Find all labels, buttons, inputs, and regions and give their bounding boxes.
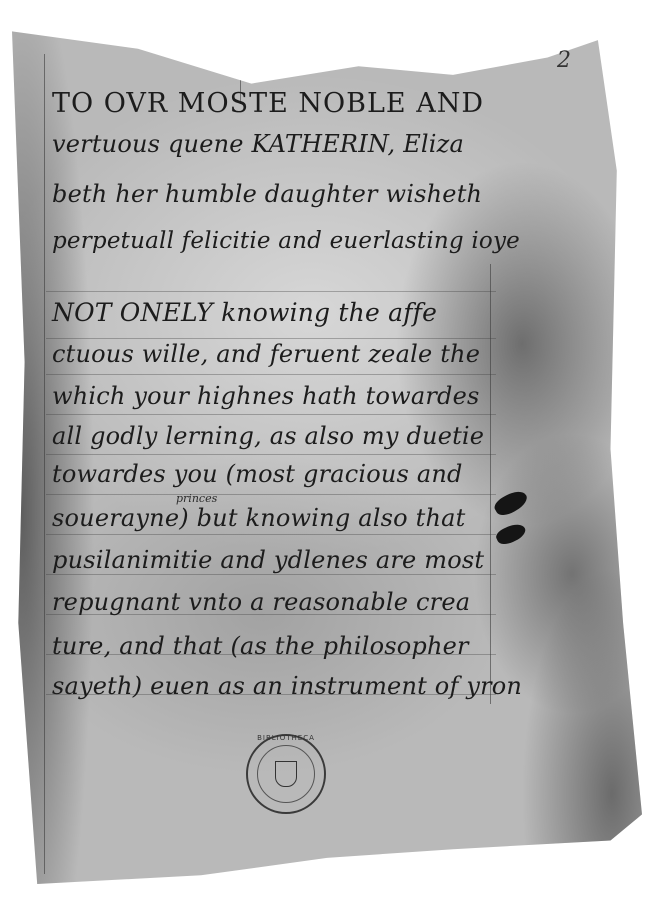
body-line: souerayne) but knowing also that <box>52 504 465 532</box>
heading-line: beth her humble daughter wisheth <box>52 180 482 208</box>
body-line: ture, and that (as the philosopher <box>52 632 469 660</box>
body-line: pusilanimitie and ydlenes are most <box>52 546 484 574</box>
heading-line: TO OVR MOSTE NOBLE AND <box>52 88 484 119</box>
ink-blot <box>492 487 530 520</box>
library-stamp: BIBLIOTHECA <box>246 734 326 814</box>
page-number: 2 <box>557 48 571 73</box>
heading-line: vertuous quene KATHERIN, Eliza <box>52 130 464 158</box>
body-line: which your highnes hath towardes <box>52 382 480 410</box>
shield-icon <box>275 761 297 787</box>
heading-line: perpetuall felicitie and euerlasting ioy… <box>52 228 520 254</box>
stamp-inner-ring <box>257 745 315 803</box>
ruling-line <box>46 291 496 292</box>
ruling-line <box>46 534 496 535</box>
ink-blot <box>494 520 528 547</box>
ruling-line <box>46 374 496 375</box>
ruling-line <box>46 338 496 339</box>
body-line: sayeth) euen as an instrument of yron <box>52 672 522 700</box>
ruling-line <box>46 574 496 575</box>
body-line: towardes you (most gracious and <box>52 460 463 488</box>
ruling-margin-right <box>490 264 491 704</box>
ruling-line <box>46 414 496 415</box>
ruling-line <box>46 494 496 495</box>
ruling-line <box>46 454 496 455</box>
body-line: repugnant vnto a reasonable crea <box>52 588 470 616</box>
body-line: NOT ONELY knowing the affe <box>52 298 437 327</box>
ruling-margin-left <box>44 54 45 874</box>
body-line: ctuous wille, and feruent zeale the <box>52 340 480 368</box>
stamp-label: BIBLIOTHECA <box>248 734 324 742</box>
body-line: all godly lerning, as also my duetie <box>52 422 484 450</box>
